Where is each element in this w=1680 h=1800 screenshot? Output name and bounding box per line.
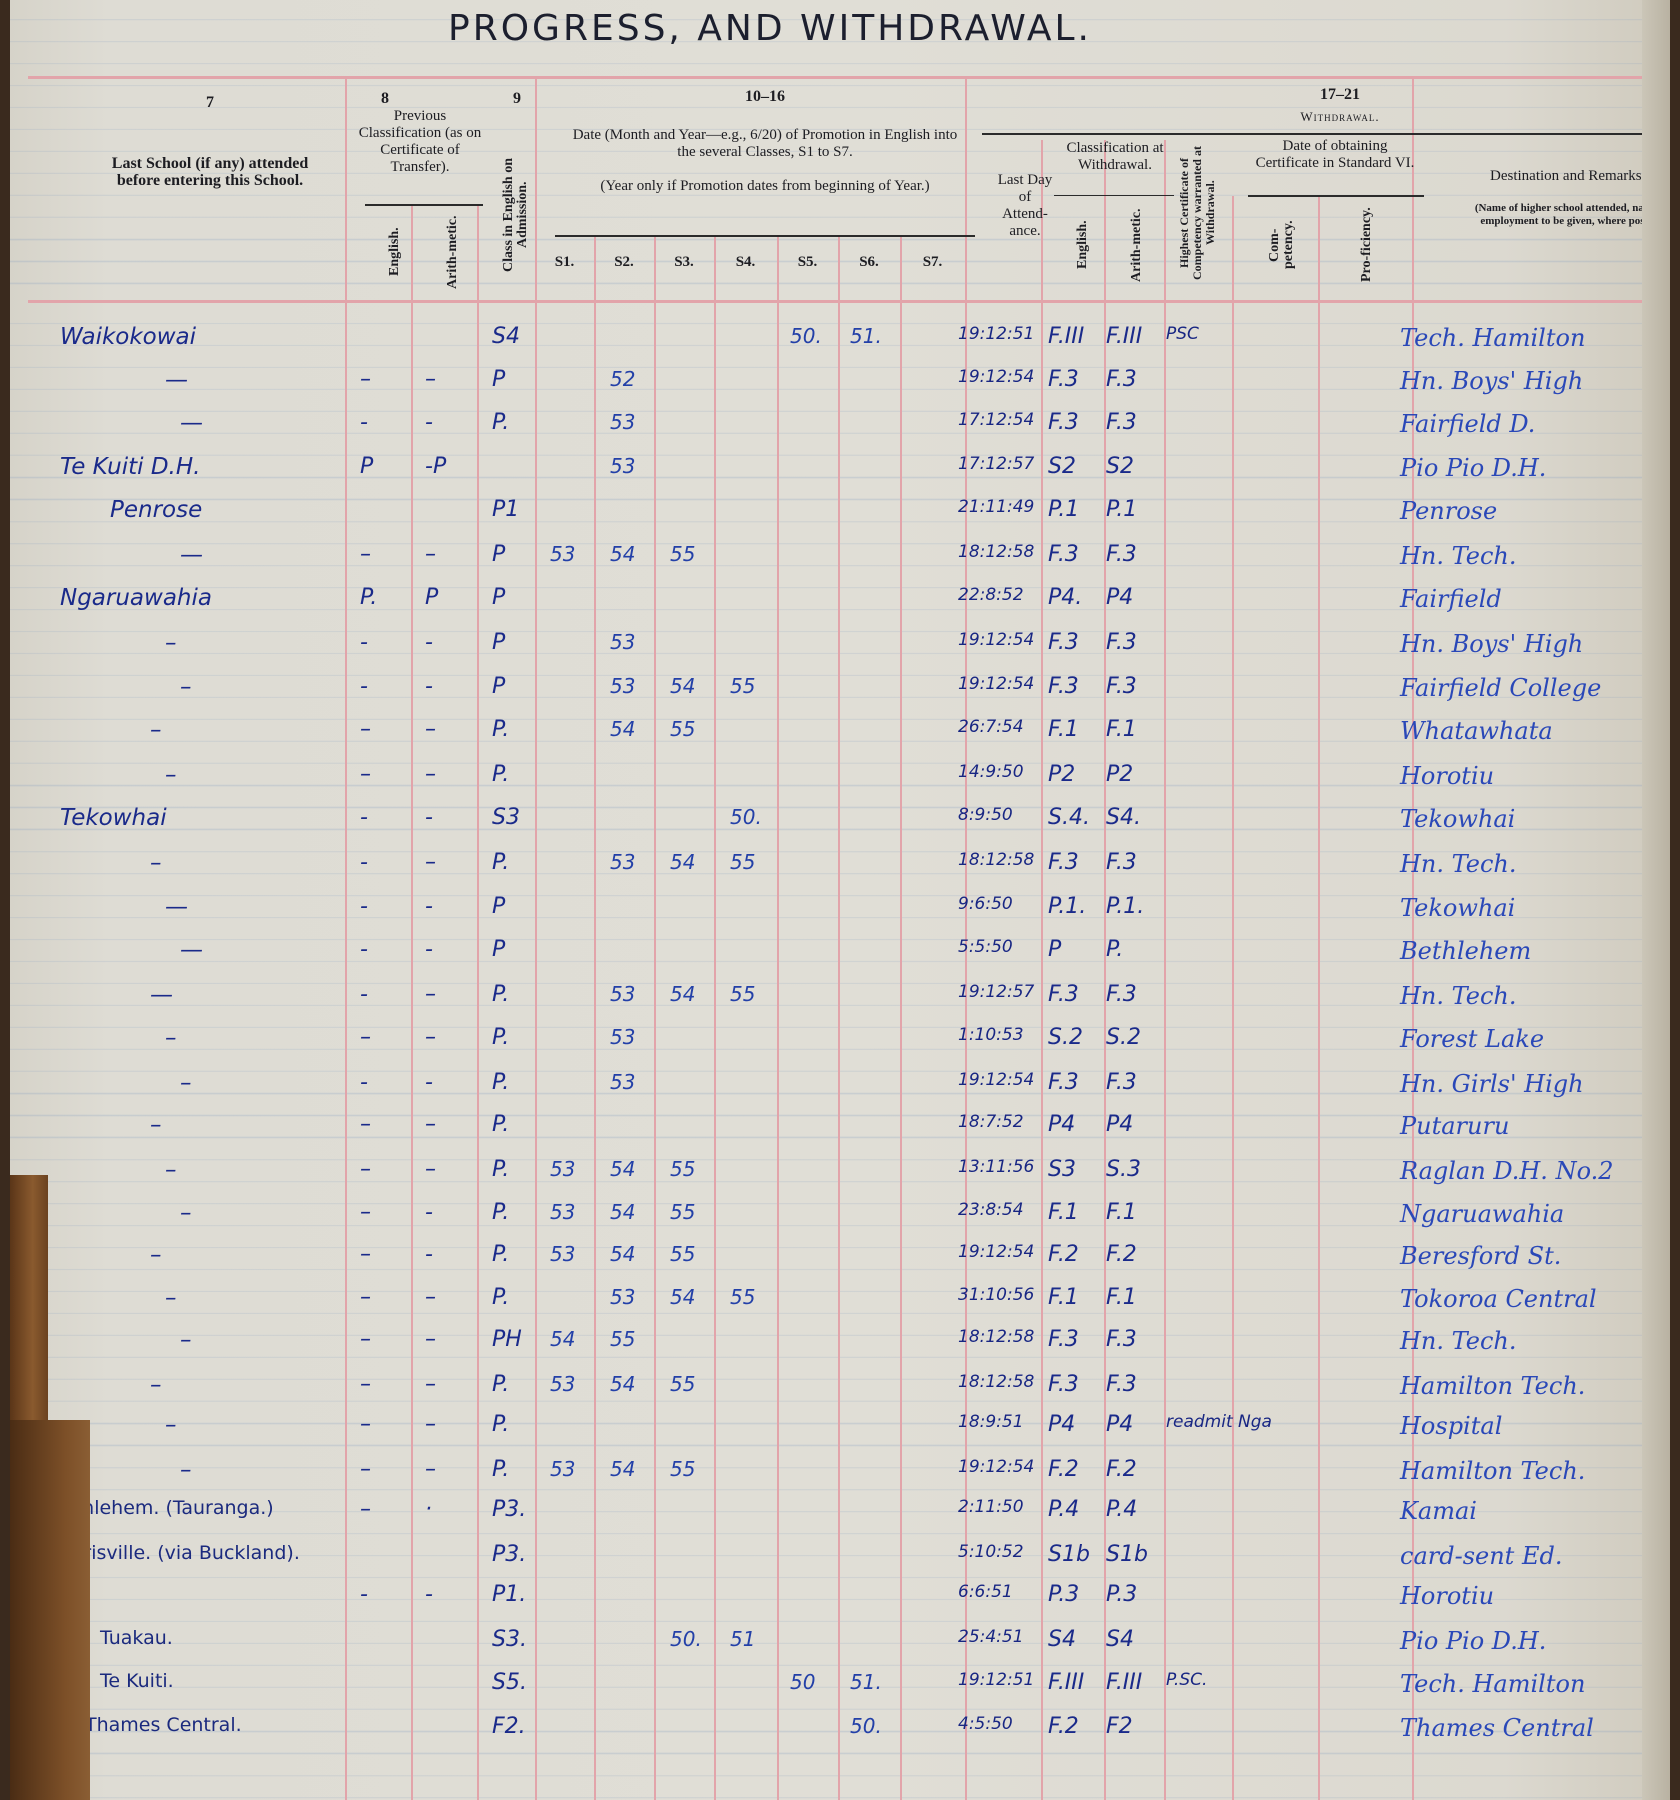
class-withdrawal-divider [1054,195,1174,196]
prev-arith-cell: - [425,1242,433,1267]
admission-class-cell: P. [492,1157,509,1182]
prev-english-cell: P [360,454,373,479]
withdrawal-arith-cell: F.1 [1106,1285,1137,1310]
admission-class-cell: P. [492,1200,509,1225]
withdrawal-arith-cell: F.3 [1106,674,1137,699]
prev-english-cell: – [360,1457,371,1482]
destination-cell: Hn. Girls' High [1400,1070,1584,1098]
withdrawal-english-cell: F.III [1048,1670,1084,1695]
last-school-cell: Penrose [110,497,202,523]
register-row: Harrisville. (via Buckland).P3.5:10:52S1… [10,1540,1670,1580]
last-day-cell: 18:9:51 [958,1412,1024,1432]
last-school-cell: Te Kuiti. [100,1670,174,1692]
admission-class-cell: P [492,674,505,699]
withdrawal-english-cell: P2 [1048,762,1075,787]
admission-class-cell: P1. [492,1582,526,1607]
admission-class-cell: P. [492,982,509,1007]
promotion-s2-cell: 54 [610,717,635,741]
prev-arith-cell: – [425,1457,436,1482]
register-row: –––P.53545519:12:54F.2F.2Hamilton Tech. [10,1455,1670,1495]
withdrawal-arith-cell: S4. [1106,805,1141,830]
last-day-cell: 31:10:56 [958,1285,1034,1305]
withdrawal-english-cell: P4. [1048,585,1082,610]
destination-cell: Kamai [1400,1497,1477,1525]
withdrawal-english-cell: P.4 [1048,1497,1079,1522]
prev-english-cell: - [360,410,368,435]
last-school-cell: — [165,894,188,920]
admission-class-cell: P. [492,762,509,787]
admission-class-cell: P. [492,1412,509,1437]
promotion-s2-cell: 53 [610,1285,635,1309]
std6-divider [1248,195,1424,197]
promotion-s2-cell: 53 [610,850,635,874]
last-day-cell: 19:12:51 [958,1670,1034,1690]
promotion-s4-cell: 55 [730,1285,755,1309]
prev-english-cell: – [360,1200,371,1225]
last-day-cell: 18:12:58 [958,1327,1034,1347]
withdrawal-arith-cell: P. [1106,937,1123,962]
register-row: PenroseP121:11:49P.1P.1Penrose [10,495,1670,535]
promotion-s4-cell: 55 [730,982,755,1006]
promotion-s3-cell: 55 [670,1200,695,1224]
promotion-s3-cell: 55 [670,1457,695,1481]
standard-header-s7: S7. [900,254,965,271]
promotion-s6-cell: 51. [850,324,882,348]
promotion-s1-cell: 53 [550,1242,575,1266]
register-row: –––P.18:9:51P4P4readmit NgaHospital [10,1410,1670,1450]
prev-english-cell: – [360,1372,371,1397]
admission-class-cell: P [492,894,505,919]
withdrawal-english-cell: P.1 [1048,497,1079,522]
register-row: Tekowhai--S350.8:9:50S.4.S4.Tekowhai [10,803,1670,843]
admission-class-cell: P. [492,1242,509,1267]
prev-arith-cell: – [425,1157,436,1182]
destination-cell: Thames Central [1400,1714,1594,1742]
standard-header-s1: S1. [535,254,594,271]
register-row: —--P9:6:50P.1.P.1.Tekowhai [10,892,1670,932]
last-school-cell: – [165,630,177,656]
withdrawal-english-cell: F.3 [1048,674,1079,699]
withdrawal-arith-cell: S.3 [1106,1157,1141,1182]
promotion-s3-cell: 54 [670,850,695,874]
last-day-cell: 8:9:50 [958,805,1013,825]
col8-arith-header: Arith-metic. [446,212,476,292]
prev-arith-cell: – [425,542,436,567]
last-school-cell: – [165,1157,177,1183]
admission-class-cell: P [492,585,505,610]
last-school-cell: – [165,1412,177,1438]
last-day-cell: 26:7:54 [958,717,1024,737]
register-row: –--P5319:12:54F.3F.3Hn. Boys' High [10,628,1670,668]
last-school-cell: – [150,850,162,876]
standard-header-s4: S4. [714,254,777,271]
last-day-cell: 22:8:52 [958,585,1024,605]
prev-arith-cell: - [425,410,433,435]
withdrawal-arith-cell: F.3 [1106,630,1137,655]
destination-cell: Hn. Tech. [1400,850,1517,878]
destination-cell: Forest Lake [1400,1025,1544,1053]
standard-header-s2: S2. [594,254,654,271]
withdrawal-arith-cell: F.3 [1106,1327,1137,1352]
admission-class-cell: P. [492,1457,509,1482]
prev-arith-cell: -P [425,454,446,479]
destination-cell: Tokoroa Central [1400,1285,1597,1313]
last-school-cell: — [180,937,203,963]
prev-arith-cell: - [425,937,433,962]
register-row: –--P1.6:6:51P.3P.3Horotiu [10,1580,1670,1620]
register-row: —--P.5317:12:54F.3F.3Fairfield D. [10,408,1670,448]
promotion-s1-cell: 53 [550,1157,575,1181]
register-row: —--P5:5:50PP.Bethlehem [10,935,1670,975]
withdrawal-arith-cell: F.3 [1106,982,1137,1007]
destination-cell: Hn. Boys' High [1400,367,1583,395]
withdrawal-english-cell: F.3 [1048,630,1079,655]
withdrawal-arith-cell: F.2 [1106,1457,1137,1482]
register-row: –--P53545519:12:54F.3F.3Fairfield Colleg… [10,672,1670,712]
admission-class-cell: F2. [492,1714,526,1739]
register-row: WaikokowaiS450.51.19:12:51F.IIIF.IIIPSCT… [10,322,1670,362]
promotion-s2-cell: 55 [610,1327,635,1351]
destination-cell: Hamilton Tech. [1400,1457,1585,1485]
withdrawal-english-header: English. [1076,205,1090,285]
promotion-s2-cell: 53 [610,1070,635,1094]
last-day-cell: 6:6:51 [958,1582,1013,1602]
last-day-cell: 25:4:51 [958,1627,1024,1647]
register-row: ––-P.53545523:8:54F.1F.1Ngaruawahia [10,1198,1670,1238]
last-day-cell: 5:5:50 [958,937,1013,957]
admission-class-cell: P [492,542,505,567]
register-row: –––P.14:9:50P2P2Horotiu [10,760,1670,800]
withdrawal-english-cell: P4 [1048,1112,1075,1137]
withdrawal-arith-cell: F.3 [1106,367,1137,392]
prev-arith-cell: – [425,850,436,875]
admission-class-cell: P3. [492,1542,526,1567]
competency-header: Com-petency. [1268,205,1304,285]
withdrawal-arith-cell: F.3 [1106,1372,1137,1397]
destination-cell: Fairfield College [1400,674,1601,702]
last-day-cell: 23:8:54 [958,1200,1024,1220]
destination-cell: Hn. Boys' High [1400,630,1583,658]
withdrawal-arith-cell: S4 [1106,1627,1134,1652]
last-school-cell: Te Kuiti D.H. [60,454,200,480]
col17-21-label: Withdrawal. [1250,108,1430,125]
promotion-s4-cell: 55 [730,674,755,698]
promotion-s4-cell: 55 [730,850,755,874]
promotion-s1-cell: 54 [550,1327,575,1351]
col10-16-number: 10–16 [710,88,820,105]
prev-arith-cell: – [425,1025,436,1050]
register-row: –––P.531:10:53S.2S.2Forest Lake [10,1023,1670,1063]
last-school-cell: — [165,367,188,393]
col9-number: 9 [497,90,537,107]
prev-arith-cell: - [425,805,433,830]
prev-english-cell: – [360,1412,371,1437]
destination-cell: Tekowhai [1400,805,1515,833]
last-day-cell: 19:12:54 [958,1457,1034,1477]
prev-english-cell: – [360,1497,371,1522]
destination-cell: Penrose [1400,497,1497,525]
withdrawal-english-cell: F.1 [1048,717,1079,742]
prev-english-cell: – [360,762,371,787]
register-row: NgaruawahiaP.PP22:8:52P4.P4Fairfield [10,583,1670,623]
admission-class-cell: S4 [492,324,520,349]
admission-class-cell: P. [492,1285,509,1310]
col7-number: 7 [160,94,260,111]
withdrawal-english-cell: P [1048,937,1061,962]
promotion-s3-cell: 54 [670,674,695,698]
withdrawal-english-cell: F.3 [1048,367,1079,392]
last-day-cell: 1:10:53 [958,1025,1024,1045]
register-row: –-–P.53545518:12:58F.3F.3Hn. Tech. [10,848,1670,888]
prev-arith-cell: - [425,1070,433,1095]
prev-arith-cell: – [425,1372,436,1397]
last-school-cell: — [180,410,203,436]
admission-class-cell: P. [492,717,509,742]
last-school-cell: — [150,982,173,1008]
page-title: PROGRESS, AND WITHDRAWAL. [10,8,1530,49]
prev-english-cell: - [360,805,368,830]
last-school-cell: – [165,1025,177,1051]
torn-right-edge [1642,0,1670,1800]
withdrawal-english-cell: S3 [1048,1157,1076,1182]
withdrawal-arith-cell: F.2 [1106,1242,1137,1267]
register-row: –––P.53545513:11:56S3S.3Raglan D.H. No.2 [10,1155,1670,1195]
promotion-s1-cell: 53 [550,1200,575,1224]
withdrawal-arith-cell: F.3 [1106,542,1137,567]
last-day-cell: 18:12:58 [958,542,1034,562]
prev-arith-cell: · [425,1497,432,1522]
prev-english-cell: - [360,630,368,655]
col8-english-header: English. [388,212,402,292]
last-day-cell: 19:12:54 [958,630,1034,650]
last-school-cell: — [180,542,203,568]
prev-arith-cell: - [425,630,433,655]
withdrawal-english-cell: F.1 [1048,1200,1079,1225]
col8-label: Previous Classification (as on Certifica… [355,108,485,176]
admission-class-cell: S5. [492,1670,527,1695]
withdrawal-arith-cell: S.2 [1106,1025,1141,1050]
promotion-s2-cell: 54 [610,1200,635,1224]
promotion-s3-cell: 54 [670,1285,695,1309]
promotion-s3-cell: 55 [670,1157,695,1181]
prev-arith-cell: - [425,894,433,919]
last-school-cell: – [150,1242,162,1268]
destination-cell: Putaruru [1400,1112,1509,1140]
promotion-s1-cell: 53 [550,542,575,566]
highest-cert-cell: PSC [1166,324,1199,344]
withdrawal-arith-cell: F.3 [1106,1070,1137,1095]
proficiency-header: Pro-ficiency. [1360,205,1396,285]
withdrawal-english-cell: P.1. [1048,894,1086,919]
promotion-s2-cell: 52 [610,367,635,391]
prev-english-cell: – [360,542,371,567]
promotion-s3-cell: 55 [670,717,695,741]
prev-arith-cell: – [425,1412,436,1437]
promotion-s2-cell: 53 [610,982,635,1006]
destination-cell: Whatawhata [1400,717,1553,745]
col8-divider [365,204,483,206]
prev-english-cell: – [360,1025,371,1050]
promotion-s5-cell: 50. [790,324,822,348]
last-day-cell: 19:12:54 [958,674,1034,694]
register-row: –––PH545518:12:58F.3F.3Hn. Tech. [10,1325,1670,1365]
prev-arith-cell: – [425,762,436,787]
promotion-s3-cell: 54 [670,982,695,1006]
header-bottom-rule [28,300,1670,303]
col7-label: Last School (if any) attended before ent… [95,155,325,189]
last-day-cell: 19:12:57 [958,982,1034,1002]
prev-english-cell: - [360,1582,368,1607]
withdrawal-english-cell: P.3 [1048,1582,1079,1607]
promotion-s3-cell: 50. [670,1627,702,1651]
col10-16-label: Date (Month and Year—e.g., 6/20) of Prom… [565,127,965,161]
prev-arith-cell: – [425,1285,436,1310]
prev-arith-cell: - [425,1200,433,1225]
destination-header: Destination and Remarks [1440,168,1670,185]
withdrawal-english-cell: F.1 [1048,1285,1079,1310]
register-row: –––P.53545518:12:58F.3F.3Hamilton Tech. [10,1370,1670,1410]
withdrawal-english-cell: F.2 [1048,1714,1079,1739]
promotion-s3-cell: 55 [670,1242,695,1266]
withdrawal-arith-cell: P4 [1106,1412,1133,1437]
withdrawal-arith-cell: P4 [1106,585,1133,610]
withdrawal-arith-cell: P.3 [1106,1582,1137,1607]
withdrawal-english-cell: F.2 [1048,1242,1079,1267]
prev-english-cell: – [360,1157,371,1182]
withdrawal-english-cell: F.3 [1048,1372,1079,1397]
promotion-s3-cell: 55 [670,542,695,566]
prev-arith-cell: – [425,982,436,1007]
destination-note: (Name of higher school attended, nature … [1465,202,1670,228]
prev-english-cell: - [360,1070,368,1095]
admission-class-cell: P [492,367,505,392]
class-withdrawal-header: Classification at Withdrawal. [1056,140,1174,174]
admission-class-cell: S3 [492,805,520,830]
last-day-cell: 18:12:58 [958,850,1034,870]
destination-cell: Tech. Hamilton [1400,324,1585,352]
withdrawal-arith-cell: S2 [1106,454,1134,479]
admission-class-cell: S3. [492,1627,527,1652]
prev-arith-cell: – [425,1327,436,1352]
promotion-s2-cell: 54 [610,542,635,566]
promotion-s2-cell: 54 [610,1157,635,1181]
last-school-cell: Tuakau. [100,1627,173,1649]
last-school-cell: Ngaruawahia [60,585,212,611]
destination-cell: Hn. Tech. [1400,542,1517,570]
highest-cert-header: Highest Certificate of Competency warran… [1178,138,1238,288]
col17-21-number: 17–21 [1290,86,1390,103]
register-row: Tuakau.S3.50.5125:4:51S4S4Pio Pio D.H. [10,1625,1670,1665]
destination-cell: Tech. Hamilton [1400,1670,1585,1698]
withdrawal-arith-cell: S1b [1106,1542,1148,1567]
withdrawal-arith-cell: P.1. [1106,894,1144,919]
promotion-s6-cell: 51. [850,1670,882,1694]
admission-class-cell: P. [492,850,509,875]
prev-arith-cell: – [425,717,436,742]
col9-label: Class in English on Admission. [502,140,532,290]
last-school-cell: – [150,717,162,743]
last-day-cell: 19:12:54 [958,367,1034,387]
last-school-cell: Waikokowai [60,324,196,350]
register-row: Te Kuiti.S5.5051.19:12:51F.IIIF.IIIP.SC.… [10,1668,1670,1708]
withdrawal-arith-cell: F.3 [1106,410,1137,435]
promotion-s2-cell: 53 [610,410,635,434]
withdrawal-arith-cell: P2 [1106,762,1133,787]
binding-tape-lower [10,1420,90,1800]
last-day-cell: 14:9:50 [958,762,1024,782]
last-day-header: Last Day of Attend-ance. [995,172,1055,240]
register-row: Thames Central.F2.50.4:5:50F.2F2Thames C… [10,1712,1670,1752]
last-school-cell: – [165,762,177,788]
admission-class-cell: P3. [492,1497,526,1522]
prev-arith-cell: - [425,1582,433,1607]
col8-number: 8 [345,90,425,107]
admission-class-cell: P. [492,1025,509,1050]
register-row: –––P.53545531:10:56F.1F.1Tokoroa Central [10,1283,1670,1323]
destination-cell: Horotiu [1400,1582,1494,1610]
prev-english-cell: – [360,367,371,392]
prev-arith-cell: – [425,1112,436,1137]
last-school-cell: Tekowhai [60,805,167,831]
admission-class-cell: P. [492,1070,509,1095]
withdrawal-english-cell: S2 [1048,454,1076,479]
withdrawal-arith-cell: P.1 [1106,497,1137,522]
withdrawal-english-cell: F.3 [1048,982,1079,1007]
promotion-s2-cell: 53 [610,1025,635,1049]
prev-english-cell: – [360,1327,371,1352]
destination-cell: Fairfield D. [1400,410,1535,438]
last-day-cell: 21:11:49 [958,497,1034,517]
prev-arith-cell: - [425,674,433,699]
register-row: —-–P.53545519:12:57F.3F.3Hn. Tech. [10,980,1670,1020]
destination-cell: Fairfield [1400,585,1502,613]
promotion-s2-cell: 53 [610,454,635,478]
promotion-s2-cell: 53 [610,674,635,698]
promotion-s6-cell: 50. [850,1714,882,1738]
promotion-s2-cell: 54 [610,1372,635,1396]
col10-16-note: (Year only if Promotion dates from begin… [570,178,960,195]
last-school-cell: – [180,1200,192,1226]
register-row: —––P5219:12:54F.3F.3Hn. Boys' High [10,365,1670,405]
withdrawal-arith-cell: F.1 [1106,1200,1137,1225]
withdrawal-arith-cell: P4 [1106,1112,1133,1137]
admission-class-cell: P. [492,1372,509,1397]
destination-cell: Hamilton Tech. [1400,1372,1585,1400]
register-row: –--P.5319:12:54F.3F.3Hn. Girls' High [10,1068,1670,1108]
register-row: —––P53545518:12:58F.3F.3Hn. Tech. [10,540,1670,580]
std6-header: Date of obtaining Certificate in Standar… [1255,138,1415,172]
last-day-cell: 19:12:51 [958,324,1034,344]
prev-english-cell: - [360,850,368,875]
prev-english-cell: – [360,1285,371,1310]
last-day-cell: 2:11:50 [958,1497,1024,1517]
last-day-cell: 19:12:54 [958,1070,1034,1090]
standard-header-s3: S3. [654,254,714,271]
destination-cell: Tekowhai [1400,894,1515,922]
register-row: –––P.545526:7:54F.1F.1Whatawhata [10,715,1670,755]
last-school-cell: – [150,1112,162,1138]
register-row: –––P.18:7:52P4P4Putaruru [10,1110,1670,1150]
standard-header-s6: S6. [838,254,900,271]
destination-cell: Ngaruawahia [1400,1200,1564,1228]
last-day-cell: 18:7:52 [958,1112,1024,1132]
destination-cell: Pio Pio D.H. [1400,454,1546,482]
prev-english-cell: P. [360,585,377,610]
destination-cell: Horotiu [1400,762,1494,790]
withdrawal-english-cell: S.4. [1048,805,1090,830]
admission-class-cell: PH [492,1327,522,1352]
register-row: Bethlehem. (Tauranga.)–·P3.2:11:50P.4P.4… [10,1495,1670,1535]
